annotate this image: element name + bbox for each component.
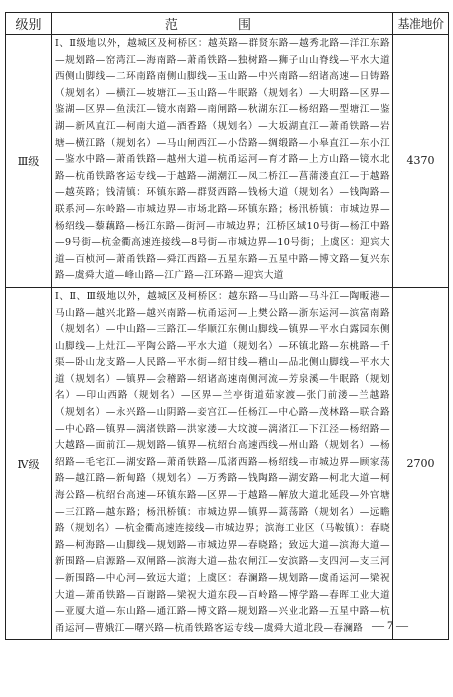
level-cell: Ⅳ级 (6, 287, 52, 639)
header-range: 范 围 (52, 13, 393, 35)
range-cell: Ⅰ、Ⅱ级地以外，越城区及柯桥区：越英路—群贤东路—越秀北路—洋江东路—规划路—窑… (52, 35, 393, 288)
header-level: 级别 (6, 13, 52, 35)
header-range-label: 范 围 (165, 18, 279, 33)
price-cell: 2700 (393, 287, 449, 639)
land-price-table: 级别 范 围 基准地价 Ⅲ级 Ⅰ、Ⅱ级地以外，越城区及柯桥区：越英路—群贤东路—… (5, 12, 449, 640)
page-number: — 7 — (372, 618, 408, 633)
table-row: Ⅲ级 Ⅰ、Ⅱ级地以外，越城区及柯桥区：越英路—群贤东路—越秀北路—洋江东路—规划… (6, 35, 449, 288)
header-price: 基准地价 (393, 13, 449, 35)
range-cell: Ⅰ、Ⅱ、Ⅲ级地以外，越城区及柯桥区：越东路—马山路—马斗江—陶畈港—马山路—越兴… (52, 287, 393, 639)
level-cell: Ⅲ级 (6, 35, 52, 288)
price-cell: 4370 (393, 35, 449, 288)
table-row: Ⅳ级 Ⅰ、Ⅱ、Ⅲ级地以外，越城区及柯桥区：越东路—马山路—马斗江—陶畈港—马山路… (6, 287, 449, 639)
table-header-row: 级别 范 围 基准地价 (6, 13, 449, 35)
